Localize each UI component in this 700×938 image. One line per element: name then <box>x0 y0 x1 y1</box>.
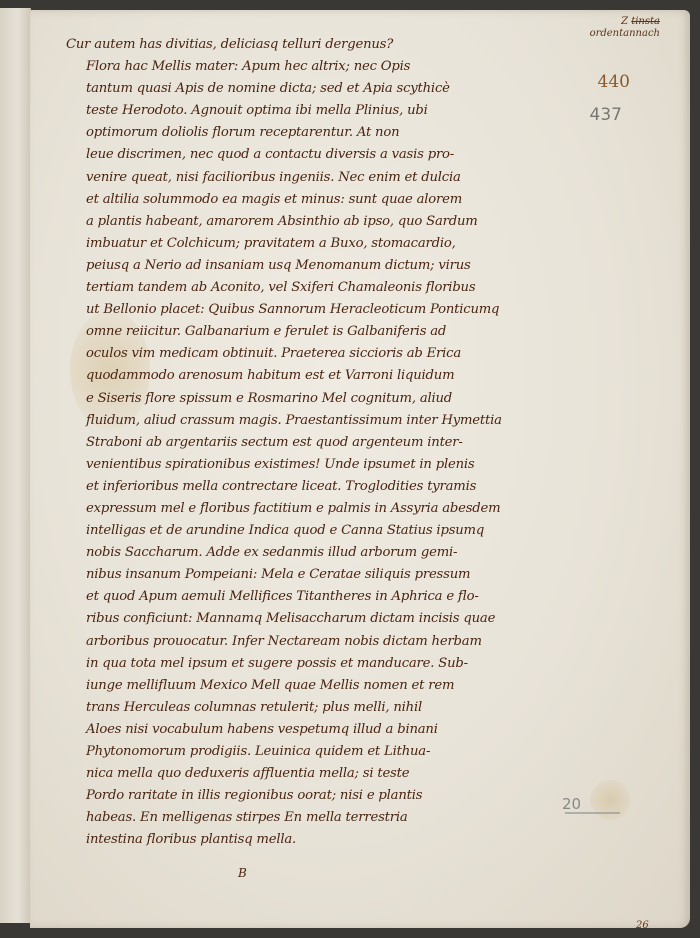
text-line: intestina floribus plantisq mella. <box>66 829 546 851</box>
text-line: arboribus prouocatur. Infer Nectaream no… <box>66 631 546 653</box>
annotation-word: ordentannach <box>590 28 660 40</box>
folio-number-pencil: 437 <box>590 105 622 125</box>
text-line: nibus insanum Pompeiani: Mela e Ceratae … <box>66 564 546 586</box>
text-line: imbuatur et Colchicum; pravitatem a Buxo… <box>66 233 546 255</box>
text-line: trans Herculeas columnas retulerit; plus… <box>66 697 546 719</box>
text-line: Aloes nisi vocabulum habens vespetumq il… <box>66 719 546 741</box>
pencil-number: 20 <box>562 795 581 813</box>
text-line: e Siseris flore spissum e Rosmarino Mel … <box>66 388 546 410</box>
text-line: venientibus spirationibus existimes! Und… <box>66 454 546 476</box>
text-line: leue discrimen, nec quod a contactu dive… <box>66 144 546 166</box>
text-line: fluidum, aliud crassum magis. Praestanti… <box>66 410 546 432</box>
text-line: Flora hac Mellis mater: Apum hec altrix;… <box>66 56 546 78</box>
text-line: tertiam tandem ab Aconito, vel Sxiferi C… <box>66 277 546 299</box>
text-line: expressum mel e floribus factitium e pal… <box>66 498 546 520</box>
foot-number: 26 <box>636 920 649 931</box>
paper-stain <box>590 780 630 820</box>
text-line: et quod Apum aemuli Mellifices Titanther… <box>66 586 546 608</box>
catchword: B <box>238 866 247 880</box>
annotation-mark: Z <box>621 16 628 27</box>
text-line: teste Herodoto. Agnouit optima ibi mella… <box>66 100 546 122</box>
text-line: venire queat, nisi facilioribus ingeniis… <box>66 167 546 189</box>
text-line: ribus conficiunt: Mannamq Melisaccharum … <box>66 608 546 630</box>
text-line: tantum quasi Apis de nomine dicta; sed e… <box>66 78 546 100</box>
manuscript-text: Cur autem has divitias, deliciasq tellur… <box>66 34 546 851</box>
text-line: quodammodo arenosum habitum est et Varro… <box>66 365 546 387</box>
text-line: Straboni ab argentariis sectum est quod … <box>66 432 546 454</box>
text-line: et inferioribus mella contrectare liceat… <box>66 476 546 498</box>
text-line: in qua tota mel ipsum et sugere possis e… <box>66 653 546 675</box>
corner-annotation: Z tinsta ordentannach <box>590 16 660 40</box>
facing-page-edge <box>0 8 31 923</box>
text-line: nobis Saccharum. Adde ex sedanmis illud … <box>66 542 546 564</box>
text-line: Cur autem has divitias, deliciasq tellur… <box>66 34 546 56</box>
text-line: peiusq a Nerio ad insaniam usq Menomanum… <box>66 255 546 277</box>
text-line: habeas. En melligenas stirpes En mella t… <box>66 807 546 829</box>
annotation-struck-word: tinsta <box>631 16 660 27</box>
text-line: a plantis habeant, amarorem Absinthio ab… <box>66 211 546 233</box>
text-line: ut Bellonio placet: Quibus Sannorum Hera… <box>66 299 546 321</box>
manuscript-page: Z tinsta ordentannach 440 437 Cur autem … <box>30 10 690 928</box>
text-line: nica mella quo deduxeris affluentia mell… <box>66 763 546 785</box>
text-line: et altilia solummodo ea magis et minus: … <box>66 189 546 211</box>
text-line: Phytonomorum prodigiis. Leuinica quidem … <box>66 741 546 763</box>
folio-number-ink: 440 <box>598 72 630 92</box>
pencil-underline <box>565 812 620 814</box>
text-line: intelligas et de arundine Indica quod e … <box>66 520 546 542</box>
text-line: optimorum doliolis florum receptarentur.… <box>66 122 546 144</box>
text-line: omne reiicitur. Galbanarium e ferulet is… <box>66 321 546 343</box>
text-line: iunge mellifluum Mexico Mell quae Mellis… <box>66 675 546 697</box>
text-line: oculos vim medicam obtinuit. Praeterea s… <box>66 343 546 365</box>
text-line: Pordo raritate in illis regionibus oorat… <box>66 785 546 807</box>
